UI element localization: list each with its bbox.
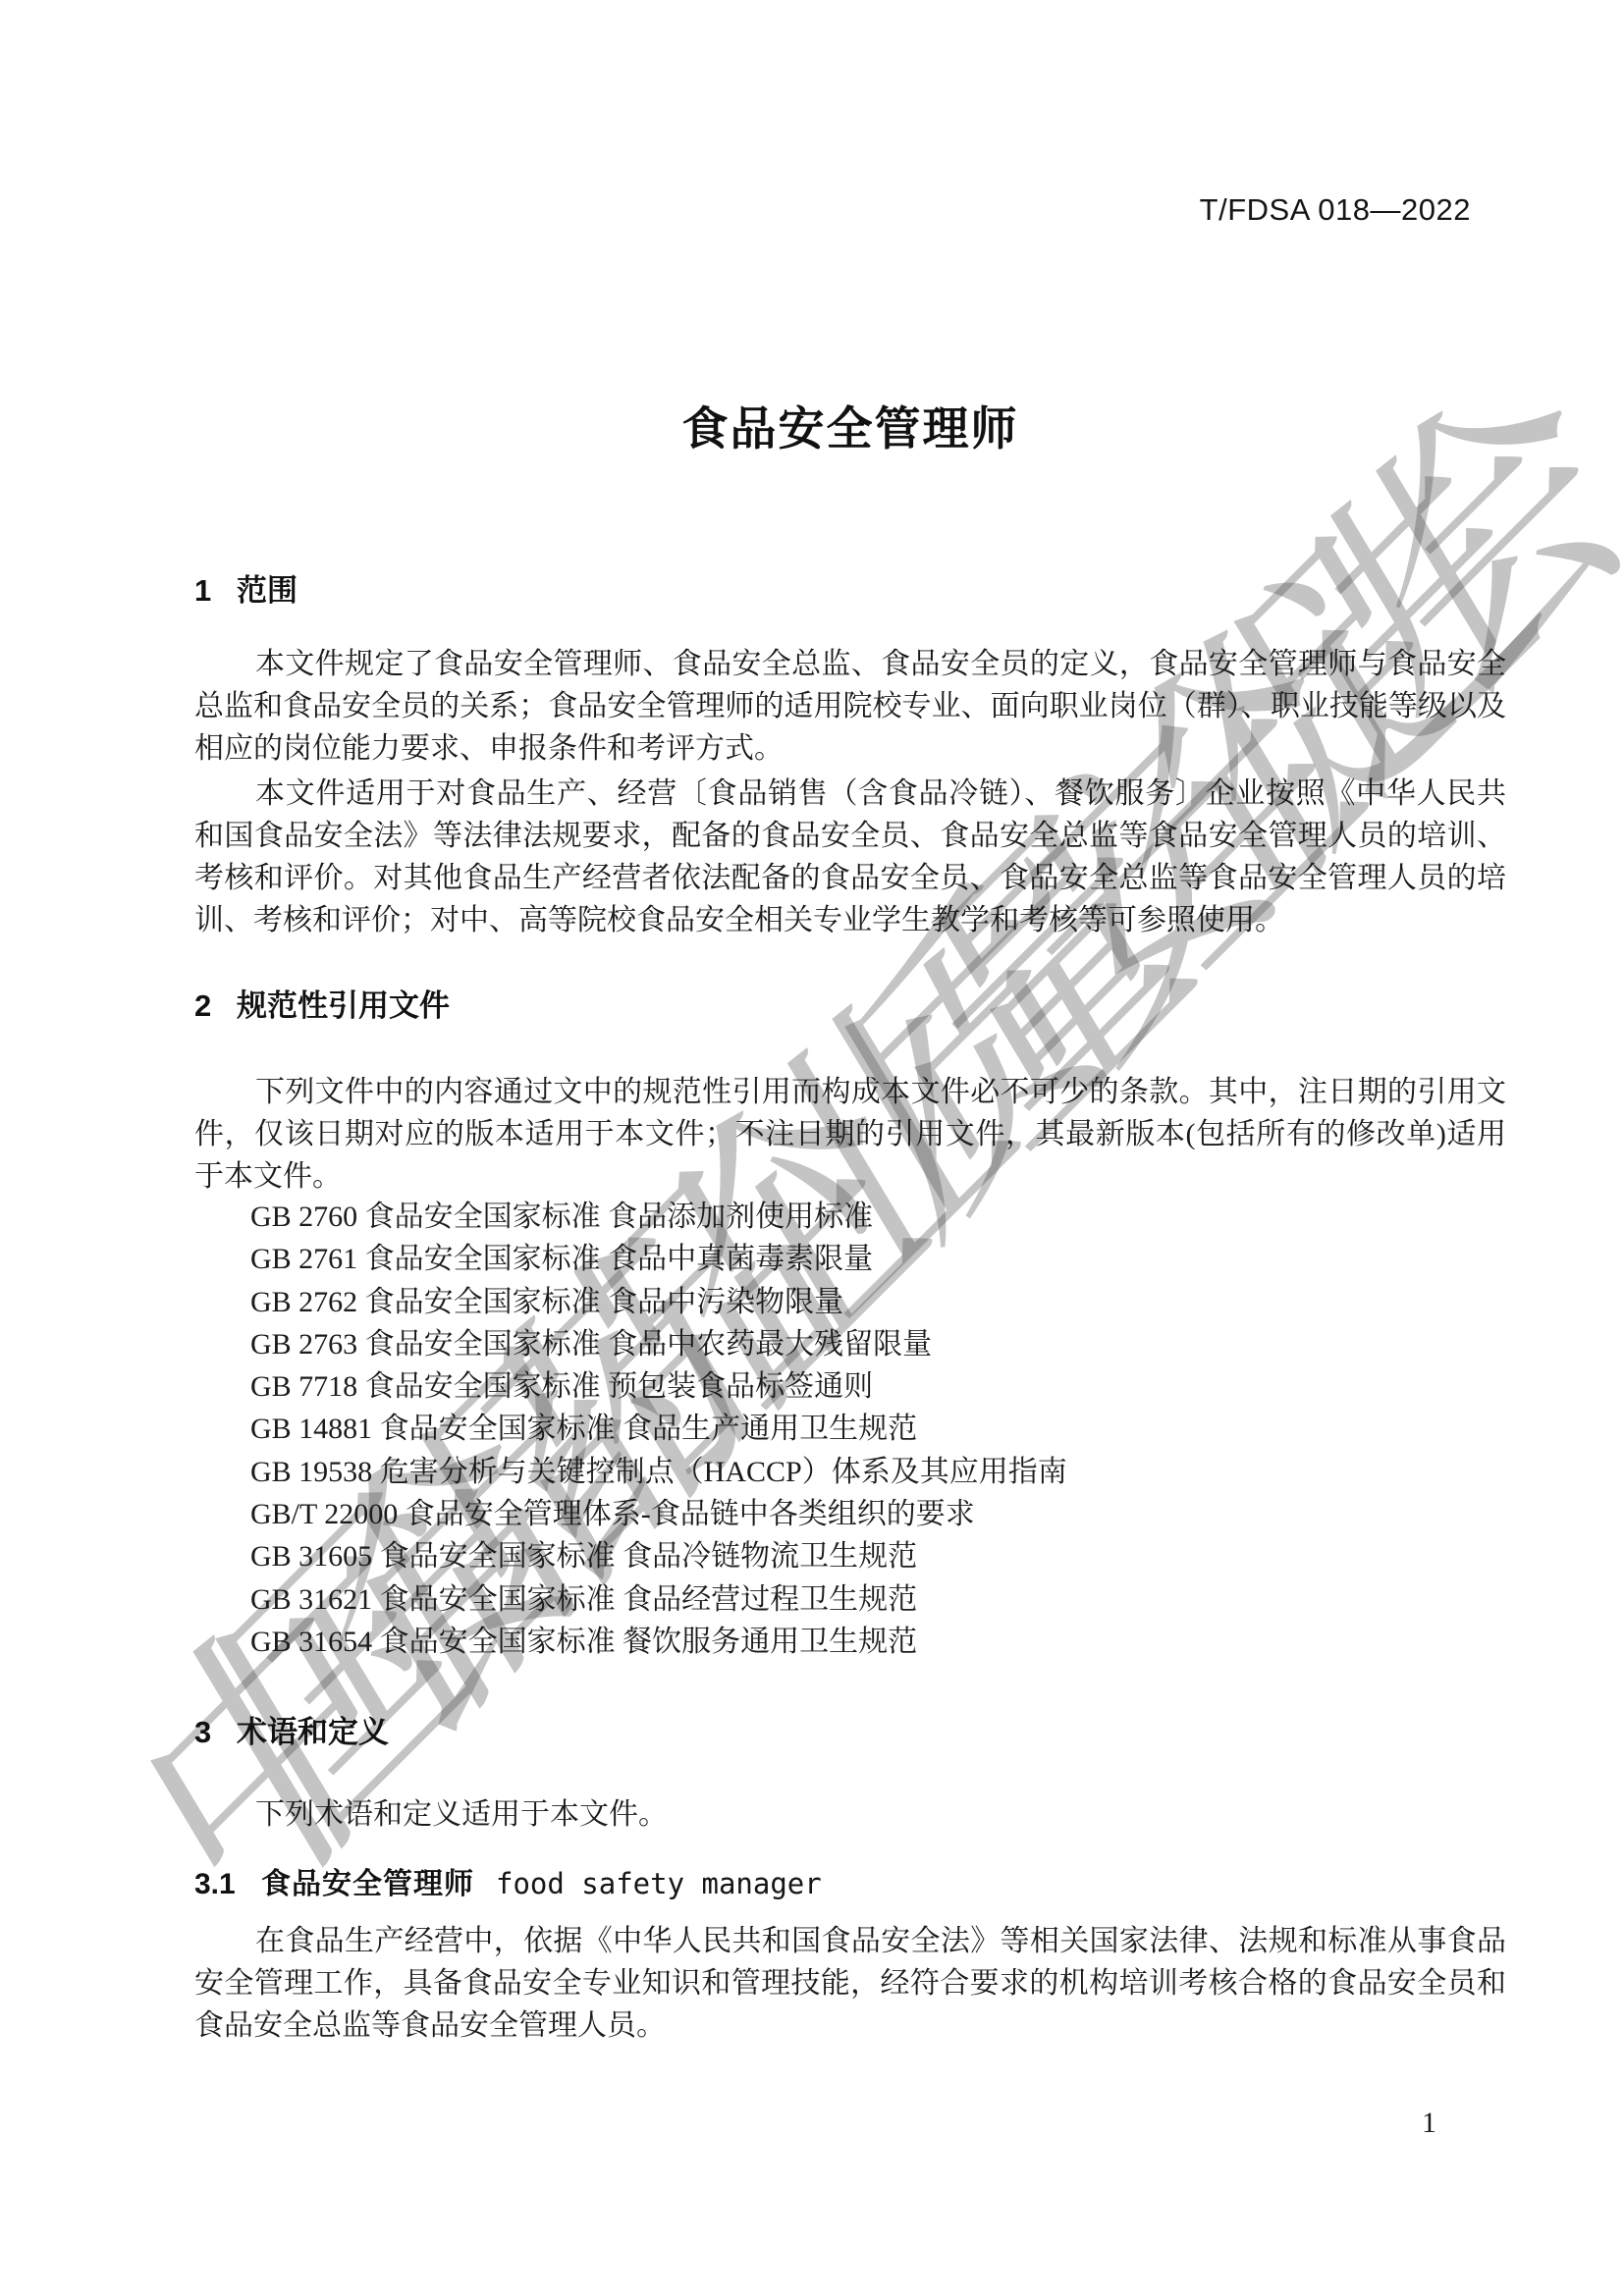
- section-2-number: 2: [194, 988, 237, 1024]
- section-1-paragraph-1: 本文件规定了食品安全管理师、食品安全总监、食品安全员的定义，食品安全管理师与食品…: [194, 643, 1506, 770]
- reference-item: GB 19538 危害分析与关键控制点（HACCP）体系及其应用指南: [250, 1451, 1506, 1493]
- content-layer: T/FDSA 018—2022 食品安全管理师 1范围 本文件规定了食品安全管理…: [0, 0, 1624, 2296]
- reference-item: GB 2762 食品安全国家标准 食品中污染物限量: [250, 1281, 1506, 1323]
- page-number: 1: [1422, 2107, 1436, 2140]
- reference-item: GB 7718 食品安全国家标准 预包装食品标签通则: [250, 1365, 1506, 1408]
- reference-item: GB 31621 食品安全国家标准 食品经营过程卫生规范: [250, 1578, 1506, 1621]
- document-page: 中国食品药品企业质量安全促进会 T/FDSA 018—2022 食品安全管理师 …: [0, 0, 1624, 2296]
- section-3-title: 术语和定义: [237, 1715, 389, 1749]
- reference-item: GB 2760 食品安全国家标准 食品添加剂使用标准: [250, 1196, 1506, 1238]
- term-3-1-definition: 在食品生产经营中，依据《中华人民共和国食品安全法》等相关国家法律、法规和标准从事…: [194, 1920, 1506, 2047]
- document-title: 食品安全管理师: [194, 393, 1506, 458]
- reference-item: GB 31654 食品安全国家标准 餐饮服务通用卫生规范: [250, 1621, 1506, 1663]
- reference-item: GB 31605 食品安全国家标准 食品冷链物流卫生规范: [250, 1535, 1506, 1577]
- term-3-1-heading: 3.1食品安全管理师food safety manager: [194, 1859, 1506, 1902]
- reference-item: GB/T 22000 食品安全管理体系-食品链中各类组织的要求: [250, 1493, 1506, 1535]
- document-code: T/FDSA 018—2022: [194, 192, 1506, 228]
- section-2-intro: 下列文件中的内容通过文中的规范性引用而构成本文件必不可少的条款。其中，注日期的引…: [194, 1071, 1506, 1198]
- reference-item: GB 2761 食品安全国家标准 食品中真菌毒素限量: [250, 1238, 1506, 1280]
- reference-item: GB 14881 食品安全国家标准 食品生产通用卫生规范: [250, 1408, 1506, 1450]
- references-list: GB 2760 食品安全国家标准 食品添加剂使用标准 GB 2761 食品安全国…: [194, 1196, 1506, 1663]
- term-name-en: food safety manager: [496, 1867, 822, 1900]
- section-3-heading: 3术语和定义: [194, 1714, 1506, 1750]
- section-3-intro: 下列术语和定义适用于本文件。: [194, 1793, 1506, 1836]
- section-3-number: 3: [194, 1714, 237, 1750]
- section-1-title: 范围: [237, 573, 298, 608]
- section-1-paragraph-2: 本文件适用于对食品生产、经营〔食品销售（含食品冷链）、餐饮服务〕企业按照《中华人…: [194, 773, 1506, 941]
- section-2-title: 规范性引用文件: [237, 988, 450, 1023]
- section-1-number: 1: [194, 572, 237, 609]
- reference-item: GB 2763 食品安全国家标准 食品中农药最大残留限量: [250, 1323, 1506, 1365]
- term-number: 3.1: [194, 1868, 261, 1901]
- section-1-heading: 1范围: [194, 572, 1506, 609]
- section-2-heading: 2规范性引用文件: [194, 988, 1506, 1024]
- term-name-zh: 食品安全管理师: [261, 1868, 474, 1900]
